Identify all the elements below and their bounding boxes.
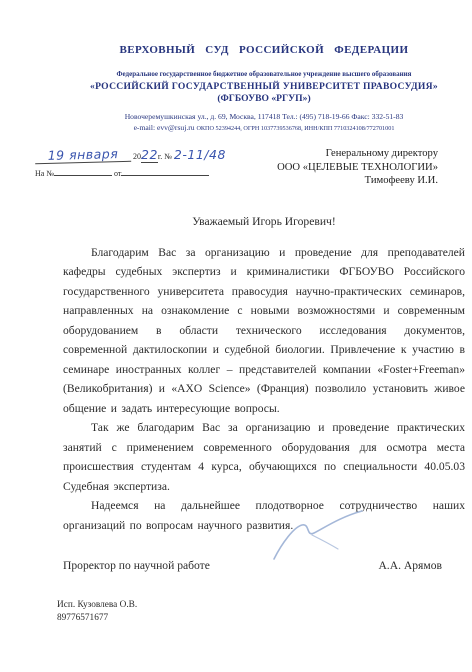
year-suffix: г. № [158, 152, 172, 161]
executor-block: Исп. Кузовлева О.В. 89776571677 [57, 599, 137, 625]
org-type-line: Федеральное государственное бюджетное об… [63, 70, 465, 79]
address-line: Новочеремушкинская ул., д. 69, Москва, 1… [63, 112, 465, 121]
court-title: ВЕРХОВНЫЙ СУД РОССИЙСКОЙ ФЕДЕРАЦИИ [63, 44, 465, 57]
letterhead: ВЕРХОВНЫЙ СУД РОССИЙСКОЙ ФЕДЕРАЦИИ Федер… [63, 44, 465, 133]
recipient-position: Генеральному директору [277, 147, 438, 161]
letter-body: Благодарим Вас за организацию и проведен… [63, 243, 465, 536]
handwritten-date: 19 января [48, 146, 119, 163]
outgoing-reference-block: 19 января 2022г. № 2-11/48 На № от [35, 147, 235, 178]
reply-from-label: от [114, 169, 121, 178]
scanned-letter-page: ВЕРХОВНЫЙ СУД РОССИЙСКОЙ ФЕДЕРАЦИИ Федер… [0, 0, 472, 672]
signer-position: Проректор по научной работе [63, 559, 210, 572]
handwritten-number: 2-11/48 [174, 147, 226, 162]
date-number-line: 19 января 2022г. № 2-11/48 [35, 147, 235, 163]
contacts-line: e-mail: evv@rsuj.ru ОКПО 52394244, ОГРН … [63, 123, 465, 133]
recipient-name: Тимофееву И.И. [277, 174, 438, 188]
recipient-block: Генеральному директору ООО «ЦЕЛЕВЫЕ ТЕХН… [277, 147, 438, 188]
email-text: e-mail: evv@rsuj.ru [134, 123, 195, 132]
registry-codes: ОКПО 52394244, ОГРН 1037739536768, ИНН/К… [196, 125, 394, 132]
executor-phone: 89776571677 [57, 612, 137, 625]
org-short-name: (ФГБОУВО «РГУП») [63, 93, 465, 104]
year-prefix: 20 [133, 152, 141, 161]
handwritten-year: 22 [141, 147, 158, 162]
reply-reference-line: На № от [35, 166, 235, 178]
paragraph-2: Так же благодарим Вас за организацию и п… [63, 418, 465, 496]
paragraph-1: Благодарим Вас за организацию и проведен… [63, 243, 465, 419]
salutation: Уважаемый Игорь Игоревич! [63, 215, 465, 228]
org-name-line: «РОССИЙСКИЙ ГОСУДАРСТВЕННЫЙ УНИВЕРСИТЕТ … [63, 81, 465, 92]
signoff-row: Проректор по научной работе А.А. Арямов [63, 559, 442, 572]
reply-no-label: На № [35, 169, 54, 178]
recipient-company: ООО «ЦЕЛЕВЫЕ ТЕХНОЛОГИИ» [277, 161, 438, 175]
reference-row: 19 января 2022г. № 2-11/48 На № от Генер… [35, 147, 438, 188]
executor-name: Исп. Кузовлева О.В. [57, 599, 137, 612]
paragraph-3: Надеемся на дальнейшее плодотворное сотр… [63, 496, 465, 535]
signer-name: А.А. Арямов [378, 559, 442, 572]
